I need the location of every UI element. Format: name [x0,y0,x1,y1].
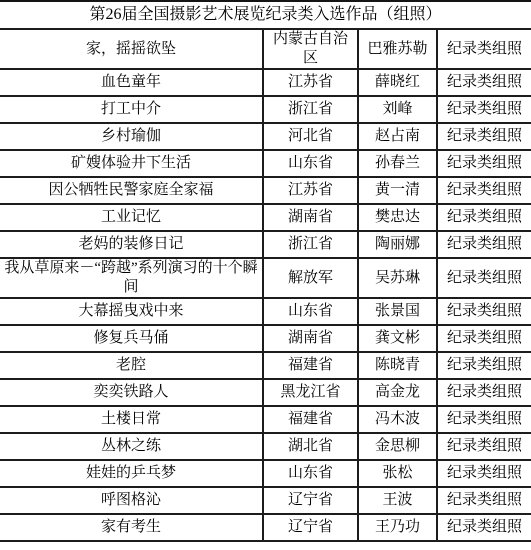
work-title-cell: 家有考生 [0,514,263,541]
region-text: 山东省 [288,464,333,483]
work-title-cell: 娃娃的乒乓梦 [0,460,263,487]
work-title-cell: 修复兵马俑 [0,325,263,352]
table-row: 奕奕铁路人 黑龙江省 高金龙 纪录类组照 [0,379,531,406]
author-cell: 王波 [358,487,437,514]
region-cell: 江苏省 [263,177,358,204]
author-cell: 孙春兰 [358,150,437,177]
region-text: 江苏省 [288,73,333,92]
work-title-cell: 我从草原来－“跨越”系列演习的十个瞬间 [0,258,263,298]
category-cell: 纪录类组照 [437,231,531,258]
table-row: 血色童年 江苏省 薛晓红 纪录类组照 [0,69,531,96]
region-text: 湖南省 [288,208,333,227]
region-cell: 河北省 [263,123,358,150]
table-row: 土楼日常 福建省 冯木波 纪录类组照 [0,406,531,433]
author-cell: 陈晓青 [358,352,437,379]
region-text: 山东省 [288,302,333,321]
region-text: 黑龙江省 [280,383,340,402]
author-cell: 吴苏琳 [358,258,437,298]
table-row: 老腔 福建省 陈晓青 纪录类组照 [0,352,531,379]
region-cell: 辽宁省 [263,514,358,541]
table-row: 矿嫂体验井下生活 山东省 孙春兰 纪录类组照 [0,150,531,177]
region-cell: 福建省 [263,352,358,379]
author-cell: 黄一清 [358,177,437,204]
author-cell: 薛晓红 [358,69,437,96]
author-cell: 刘峰 [358,96,437,123]
region-cell: 湖北省 [263,433,358,460]
author-cell: 龚文彬 [358,325,437,352]
awards-list-page: 第26届全国摄影艺术展览纪录类入选作品（组照） 家，摇摇欲坠 内蒙古自治区 巴雅… [0,0,531,550]
category-cell: 纪录类组照 [437,325,531,352]
work-title-cell: 乡村瑜伽 [0,123,263,150]
author-cell: 巴雅苏勒 [358,29,437,69]
region-cell: 山东省 [263,150,358,177]
region-text: 解放军 [288,269,333,288]
author-cell: 张松 [358,460,437,487]
region-cell: 江苏省 [263,69,358,96]
work-title-cell: 矿嫂体验井下生活 [0,150,263,177]
work-title-cell: 工业记忆 [0,204,263,231]
region-text: 福建省 [288,410,333,429]
work-title-cell: 因公牺牲民警家庭全家福 [0,177,263,204]
category-cell: 纪录类组照 [437,460,531,487]
category-cell: 纪录类组照 [437,123,531,150]
table-row: 乡村瑜伽 河北省 赵占南 纪录类组照 [0,123,531,150]
category-cell: 纪录类组照 [437,150,531,177]
category-cell: 纪录类组照 [437,177,531,204]
region-cell: 山东省 [263,298,358,325]
table-row: 工业记忆 湖南省 樊忠达 纪录类组照 [0,204,531,231]
category-cell: 纪录类组照 [437,204,531,231]
work-title-cell: 老腔 [0,352,263,379]
work-title-cell: 血色童年 [0,69,263,96]
author-cell: 张景国 [358,298,437,325]
author-cell: 金思柳 [358,433,437,460]
category-cell: 纪录类组照 [437,352,531,379]
table-row: 我从草原来－“跨越”系列演习的十个瞬间 解放军 吴苏琳 纪录类组照 [0,258,531,298]
author-cell: 王乃功 [358,514,437,541]
category-cell: 纪录类组照 [437,258,531,298]
category-cell: 纪录类组照 [437,69,531,96]
table-row: 修复兵马俑 湖南省 龚文彬 纪录类组照 [0,325,531,352]
category-cell: 纪录类组照 [437,96,531,123]
work-title-cell: 呼图格沁 [0,487,263,514]
table-row: 大幕摇曳戏中来 山东省 张景国 纪录类组照 [0,298,531,325]
awards-table: 家，摇摇欲坠 内蒙古自治区 巴雅苏勒 纪录类组照 血色童年 江苏省 薛晓红 纪录… [0,28,531,542]
region-text: 福建省 [288,356,333,375]
work-title-cell: 丛林之练 [0,433,263,460]
region-cell: 辽宁省 [263,487,358,514]
author-cell: 樊忠达 [358,204,437,231]
category-cell: 纪录类组照 [437,487,531,514]
author-cell: 赵占南 [358,123,437,150]
category-cell: 纪录类组照 [437,298,531,325]
region-text: 浙江省 [288,100,333,119]
category-cell: 纪录类组照 [437,379,531,406]
work-title-cell: 老妈的装修日记 [0,231,263,258]
table-row: 因公牺牲民警家庭全家福 江苏省 黄一清 纪录类组照 [0,177,531,204]
region-cell: 湖南省 [263,325,358,352]
region-text: 辽宁省 [288,518,333,537]
region-cell: 湖南省 [263,204,358,231]
region-cell: 浙江省 [263,96,358,123]
table-row: 打工中介 浙江省 刘峰 纪录类组照 [0,96,531,123]
table-row: 老妈的装修日记 浙江省 陶丽娜 纪录类组照 [0,231,531,258]
work-title-cell: 家，摇摇欲坠 [0,29,263,69]
awards-table-body: 家，摇摇欲坠 内蒙古自治区 巴雅苏勒 纪录类组照 血色童年 江苏省 薛晓红 纪录… [0,29,531,541]
region-text: 江苏省 [288,181,333,200]
table-row: 家，摇摇欲坠 内蒙古自治区 巴雅苏勒 纪录类组照 [0,29,531,69]
region-cell: 内蒙古自治区 [263,29,358,69]
region-text: 湖北省 [288,437,333,456]
category-cell: 纪录类组照 [437,433,531,460]
region-cell: 黑龙江省 [263,379,358,406]
author-cell: 陶丽娜 [358,231,437,258]
table-row: 娃娃的乒乓梦 山东省 张松 纪录类组照 [0,460,531,487]
table-row: 呼图格沁 辽宁省 王波 纪录类组照 [0,487,531,514]
region-text: 山东省 [288,154,333,173]
category-cell: 纪录类组照 [437,514,531,541]
region-cell: 山东省 [263,460,358,487]
region-cell: 浙江省 [263,231,358,258]
region-text: 内蒙古自治区 [271,30,351,68]
work-title-cell: 土楼日常 [0,406,263,433]
region-cell: 福建省 [263,406,358,433]
region-text: 湖南省 [288,329,333,348]
category-cell: 纪录类组照 [437,29,531,69]
author-cell: 冯木波 [358,406,437,433]
region-cell: 解放军 [263,258,358,298]
author-cell: 高金龙 [358,379,437,406]
page-title: 第26届全国摄影艺术展览纪录类入选作品（组照） [0,2,531,28]
table-row: 丛林之练 湖北省 金思柳 纪录类组照 [0,433,531,460]
work-title-cell: 大幕摇曳戏中来 [0,298,263,325]
region-text: 浙江省 [288,235,333,254]
table-row: 家有考生 辽宁省 王乃功 纪录类组照 [0,514,531,541]
region-text: 辽宁省 [288,491,333,510]
work-title-cell: 奕奕铁路人 [0,379,263,406]
region-text: 河北省 [288,127,333,146]
category-cell: 纪录类组照 [437,406,531,433]
work-title-cell: 打工中介 [0,96,263,123]
